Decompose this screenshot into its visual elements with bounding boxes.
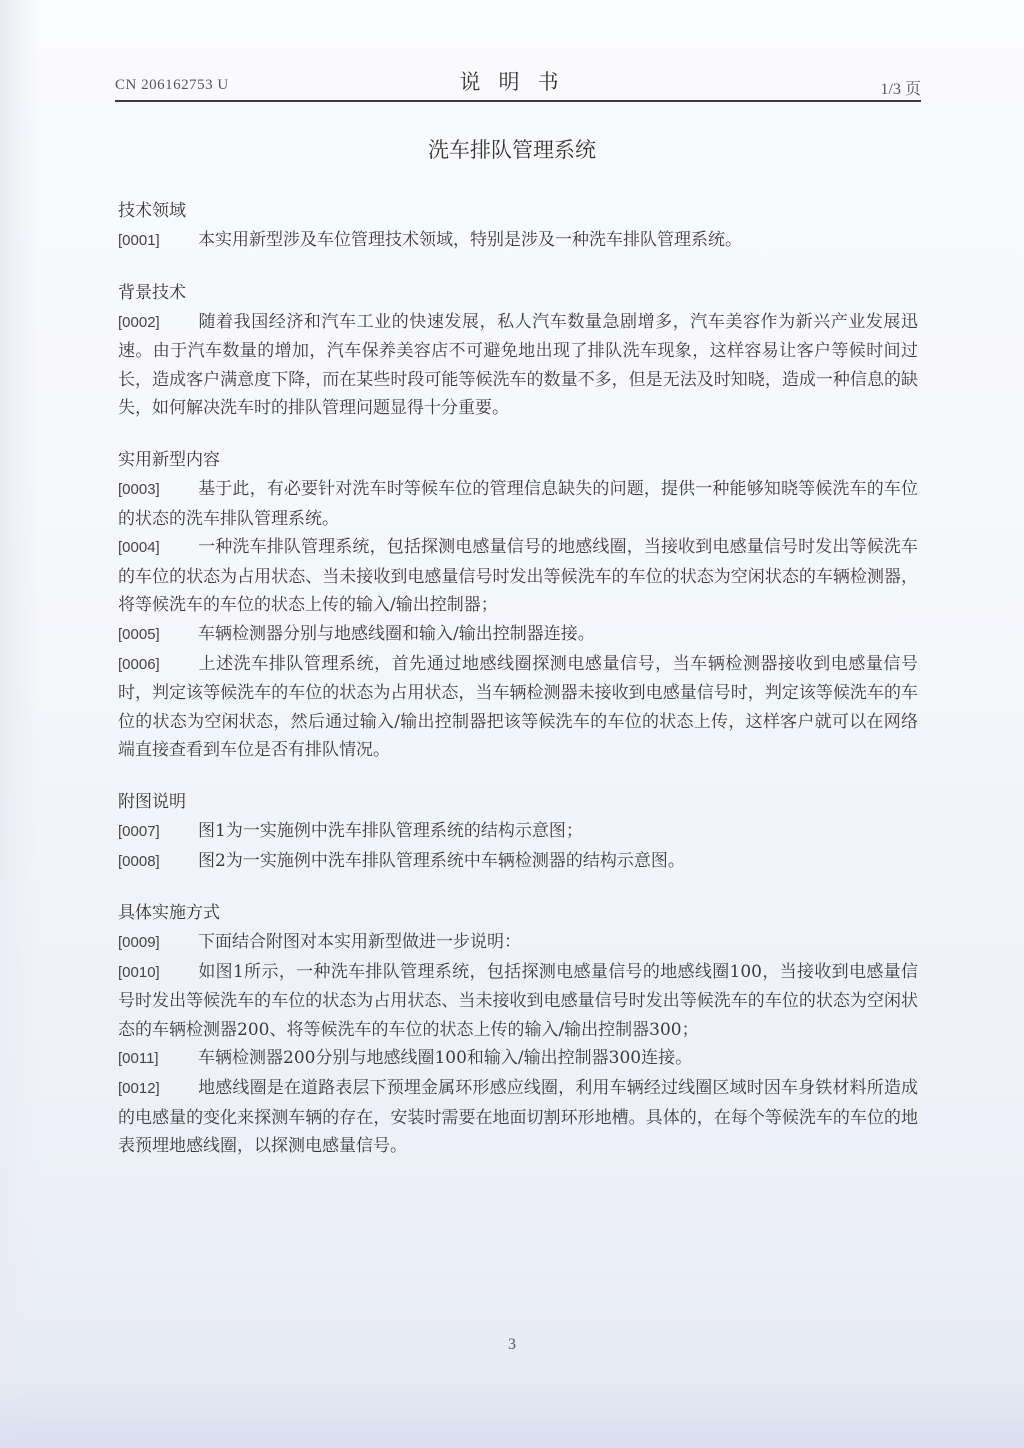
paragraph-text: 本实用新型涉及车位管理技术领域，特别是涉及一种洗车排队管理系统。 — [198, 230, 742, 250]
section-heading: 技术领域 — [118, 196, 918, 226]
paragraph: [0011]车辆检测器200分别与地感线圈100和输入/输出控制器300连接。 — [118, 1044, 918, 1074]
page-number: 3 — [0, 1336, 1024, 1354]
paragraph-number: [0004] — [118, 534, 198, 563]
section-heading: 实用新型内容 — [118, 445, 918, 475]
doc-type-label: 说明书 — [115, 66, 921, 96]
paragraph: [0004]一种洗车排队管理系统，包括探测电感量信号的地感线圈，当接收到电感量信… — [118, 533, 918, 620]
section-figure-description: 附图说明 [0007]图1为一实施例中洗车排队管理系统的结构示意图； [0008… — [118, 787, 918, 876]
paragraph: [0001]本实用新型涉及车位管理技术领域，特别是涉及一种洗车排队管理系统。 — [118, 226, 918, 256]
paragraph-text: 车辆检测器分别与地感线圈和输入/输出控制器连接。 — [198, 624, 595, 644]
paragraph-text: 地感线圈是在道路表层下预埋金属环形感应线圈，利用车辆经过线圈区域时因车身铁材料所… — [118, 1078, 918, 1156]
section-heading: 背景技术 — [118, 278, 918, 308]
paragraph: [0003]基于此，有必要针对洗车时等候车位的管理信息缺失的问题，提供一种能够知… — [118, 475, 918, 533]
paragraph-number: [0006] — [118, 651, 198, 680]
section-utility-content: 实用新型内容 [0003]基于此，有必要针对洗车时等候车位的管理信息缺失的问题，… — [118, 445, 918, 765]
paragraph: [0008]图2为一实施例中洗车排队管理系统中车辆检测器的结构示意图。 — [118, 847, 918, 877]
paragraph-text: 图2为一实施例中洗车排队管理系统中车辆检测器的结构示意图。 — [198, 851, 685, 871]
paragraph-number: [0012] — [118, 1075, 198, 1104]
paragraph-text: 随着我国经济和汽车工业的快速发展，私人汽车数量急剧增多，汽车美容作为新兴产业发展… — [118, 312, 918, 419]
page-header: CN 206162753 U 说明书 1/3 页 — [115, 64, 921, 102]
page-indicator: 1/3 页 — [881, 76, 921, 99]
paragraph-text: 图1为一实施例中洗车排队管理系统的结构示意图； — [198, 821, 583, 841]
paragraph: [0007]图1为一实施例中洗车排队管理系统的结构示意图； — [118, 817, 918, 847]
scan-shadow-left — [0, 0, 40, 1448]
paragraph-number: [0010] — [118, 959, 198, 988]
paragraph: [0012]地感线圈是在道路表层下预埋金属环形感应线圈，利用车辆经过线圈区域时因… — [118, 1074, 918, 1161]
document-body: 技术领域 [0001]本实用新型涉及车位管理技术领域，特别是涉及一种洗车排队管理… — [118, 196, 918, 1161]
paragraph-text: 上述洗车排队管理系统，首先通过地感线圈探测电感量信号，当车辆检测器接收到电感量信… — [118, 654, 918, 761]
paragraph: [0009]下面结合附图对本实用新型做进一步说明： — [118, 928, 918, 958]
scan-shadow-bottom — [0, 1368, 1024, 1448]
paragraph: [0005]车辆检测器分别与地感线圈和输入/输出控制器连接。 — [118, 620, 918, 650]
section-heading: 附图说明 — [118, 787, 918, 817]
paragraph-text: 基于此，有必要针对洗车时等候车位的管理信息缺失的问题，提供一种能够知晓等候洗车的… — [118, 479, 918, 529]
paragraph-text: 如图1所示，一种洗车排队管理系统，包括探测电感量信号的地感线圈100，当接收到电… — [118, 962, 918, 1040]
paragraph: [0010]如图1所示，一种洗车排队管理系统，包括探测电感量信号的地感线圈100… — [118, 958, 918, 1045]
paragraph-number: [0002] — [118, 309, 198, 338]
paragraph-number: [0008] — [118, 848, 198, 877]
paragraph-number: [0011] — [118, 1045, 198, 1074]
paragraph-number: [0007] — [118, 818, 198, 847]
paragraph: [0006]上述洗车排队管理系统，首先通过地感线圈探测电感量信号，当车辆检测器接… — [118, 650, 918, 765]
section-technical-field: 技术领域 [0001]本实用新型涉及车位管理技术领域，特别是涉及一种洗车排队管理… — [118, 196, 918, 256]
paragraph-number: [0005] — [118, 621, 198, 650]
paragraph-text: 下面结合附图对本实用新型做进一步说明： — [198, 932, 521, 952]
paragraph-number: [0009] — [118, 929, 198, 958]
section-embodiment: 具体实施方式 [0009]下面结合附图对本实用新型做进一步说明： [0010]如… — [118, 898, 918, 1161]
document-title: 洗车排队管理系统 — [0, 134, 1024, 164]
paragraph: [0002]随着我国经济和汽车工业的快速发展，私人汽车数量急剧增多，汽车美容作为… — [118, 308, 918, 423]
section-background: 背景技术 [0002]随着我国经济和汽车工业的快速发展，私人汽车数量急剧增多，汽… — [118, 278, 918, 423]
paragraph-text: 一种洗车排队管理系统，包括探测电感量信号的地感线圈，当接收到电感量信号时发出等候… — [118, 537, 918, 615]
paragraph-number: [0001] — [118, 227, 198, 256]
paragraph-text: 车辆检测器200分别与地感线圈100和输入/输出控制器300连接。 — [198, 1048, 692, 1068]
document-page: CN 206162753 U 说明书 1/3 页 洗车排队管理系统 技术领域 [… — [0, 0, 1024, 1448]
section-heading: 具体实施方式 — [118, 898, 918, 928]
paragraph-number: [0003] — [118, 476, 198, 505]
